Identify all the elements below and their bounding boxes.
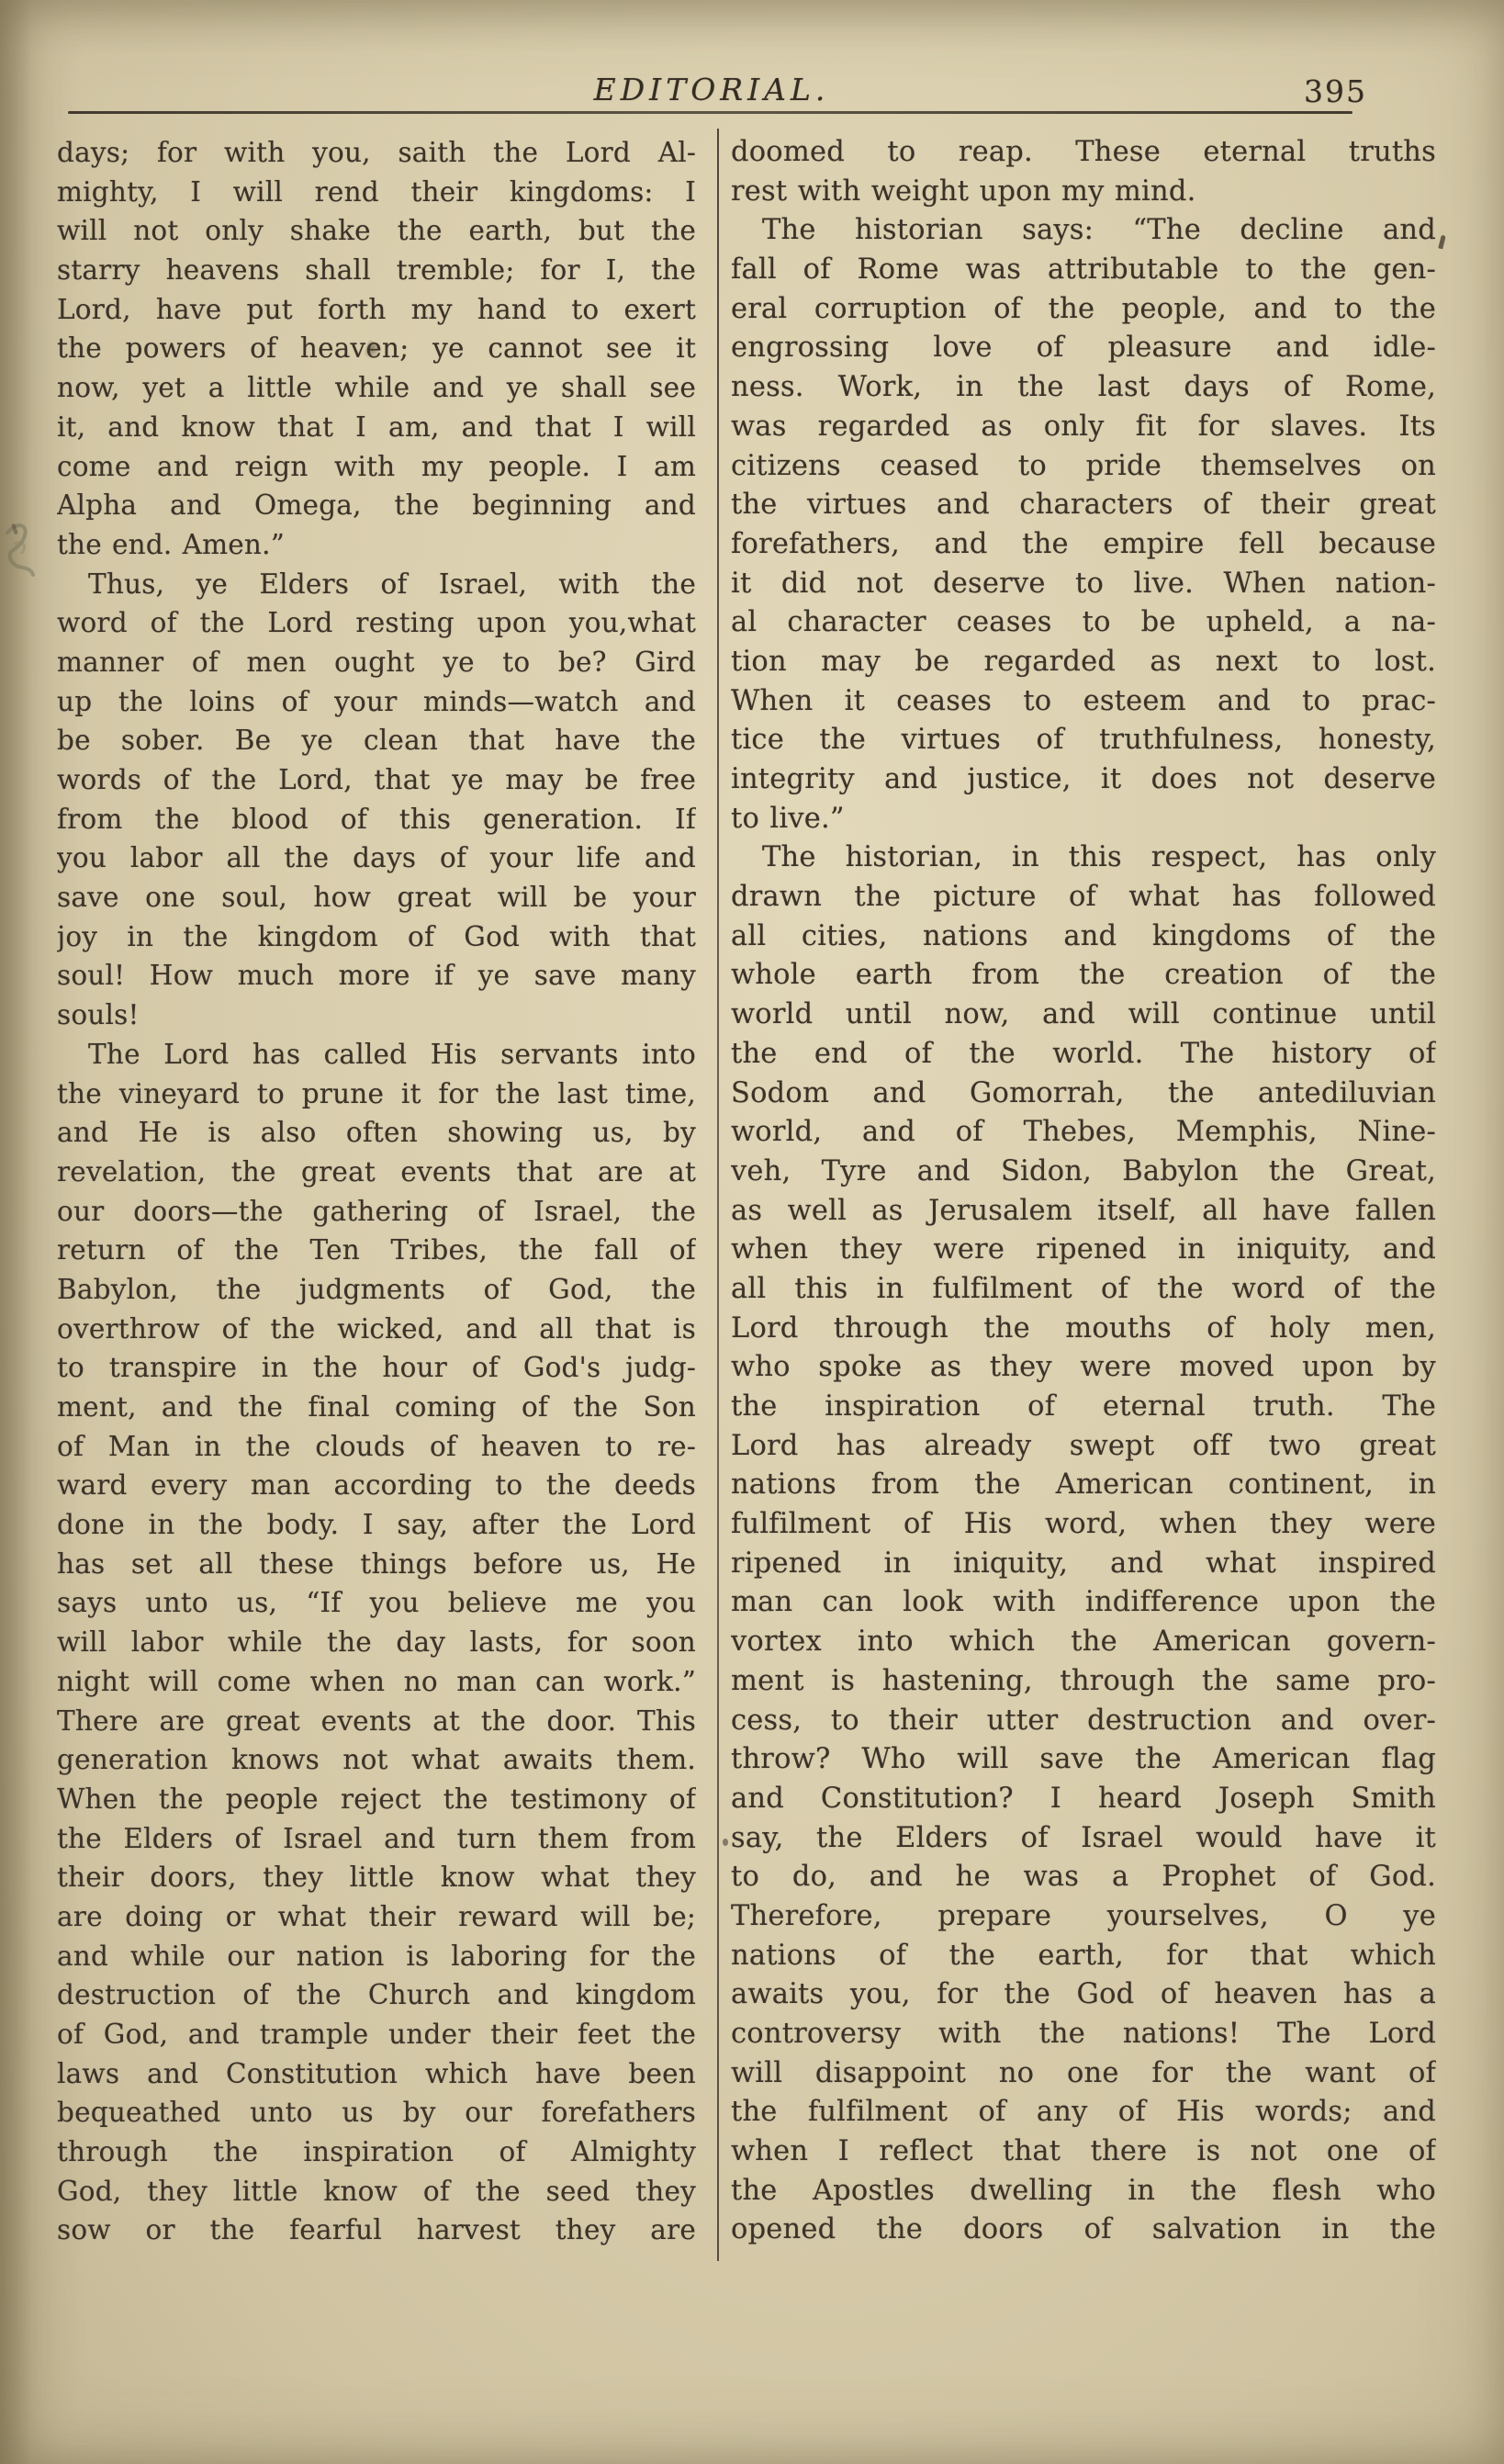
text-line: fulfilment of His word, when they were (731, 1505, 1436, 1545)
text-line: and Constitution? I heard Joseph Smith (731, 1780, 1436, 1819)
text-line: starry heavens shall tremble; for I, the (57, 251, 696, 290)
text-line: nations of the earth, for that which (731, 1937, 1436, 1976)
text-line: will not only shake the earth, but the (57, 211, 696, 251)
text-line: Lord has already swept off two great (731, 1427, 1436, 1467)
text-line: souls! (57, 996, 696, 1035)
text-line: world, and of Thebes, Memphis, Nine- (731, 1113, 1436, 1153)
text-line: citizens ceased to pride themselves on (731, 447, 1436, 487)
text-line: the end. Amen.” (57, 525, 696, 565)
text-line: Lord, have put forth my hand to exert (57, 290, 696, 330)
text-line: ment is hastening, through the same pro- (731, 1662, 1436, 1702)
text-line: Lord through the mouths of holy men, (731, 1310, 1436, 1349)
text-line: man can look with indifference upon the (731, 1583, 1436, 1623)
text-line: generation knows not what awaits them. (57, 1740, 696, 1780)
text-line: nations from the American continent, in (731, 1466, 1436, 1505)
text-line: of Man in the clouds of heaven to re- (57, 1427, 696, 1467)
text-line: opened the doors of salvation in the (731, 2211, 1436, 2250)
column-divider-rule (717, 129, 719, 2261)
text-line: ness. Work, in the last days of Rome, (731, 368, 1436, 408)
text-line: joy in the kingdom of God with that (57, 917, 696, 957)
text-line: Therefore, prepare yourselves, O ye (731, 1897, 1436, 1937)
text-line: and He is also often showing us, by (57, 1113, 696, 1153)
text-line: to do, and he was a Prophet of God. (731, 1858, 1436, 1897)
text-line: vortex into which the American govern- (731, 1623, 1436, 1662)
text-line: it did not deserve to live. When nation- (731, 565, 1436, 604)
text-line: Sodom and Gomorrah, the antediluvian (731, 1074, 1436, 1114)
text-line: forefathers, and the empire fell because (731, 525, 1436, 565)
text-line: was regarded as only fit for slaves. Its (731, 408, 1436, 447)
text-line: whole earth from the creation of the (731, 956, 1436, 996)
text-line: as well as Jerusalem itself, all have fa… (731, 1192, 1436, 1232)
text-line: awaits you, for the God of heaven has a (731, 1975, 1436, 2015)
text-line: tice the virtues of truthfulness, honest… (731, 721, 1436, 760)
text-line: now, yet a little while and ye shall see (57, 368, 696, 408)
text-line: word of the Lord resting upon you,what (57, 603, 696, 643)
text-line: all cities, nations and kingdoms of the (731, 917, 1436, 957)
text-line: cess, to their utter destruction and ove… (731, 1702, 1436, 1741)
text-line: will disappoint no one for the want of (731, 2054, 1436, 2094)
text-line: says unto us, “If you believe me you (57, 1583, 696, 1623)
text-line: are doing or what their reward will be; (57, 1897, 696, 1937)
text-line: al character ceases to be upheld, a na- (731, 603, 1436, 643)
text-line: There are great events at the door. This (57, 1702, 696, 1741)
text-line: to live.” (731, 800, 1436, 839)
text-line: rest with weight upon my mind. (731, 173, 1436, 212)
text-line: soul! How much more if ye save many (57, 956, 696, 996)
text-line: the fulfilment of any of His words; and (731, 2093, 1436, 2132)
header-rule (68, 111, 1352, 114)
text-line: has set all these things before us, He (57, 1545, 696, 1584)
right-text-column: doomed to reap. These eternal truthsrest… (731, 133, 1436, 2250)
text-line: the virtues and characters of their grea… (731, 486, 1436, 525)
text-line: save one soul, how great will be your (57, 878, 696, 917)
scanned-book-page: EDITORIAL. 395 days; for with you, saith… (0, 0, 1504, 2464)
text-line: their doors, they little know what they (57, 1858, 696, 1897)
text-line: destruction of the Church and kingdom (57, 1975, 696, 2015)
text-line: it, and know that I am, and that I will (57, 408, 696, 447)
text-line: Alpha and Omega, the beginning and (57, 486, 696, 525)
text-line: integrity and justice, it does not deser… (731, 760, 1436, 800)
text-line: God, they little know of the seed they (57, 2172, 696, 2211)
text-line: up the loins of your minds—watch and (57, 682, 696, 722)
text-line: doomed to reap. These eternal truths (731, 133, 1436, 173)
text-line: mighty, I will rend their kingdoms: I (57, 173, 696, 212)
text-line: the Elders of Israel and turn them from (57, 1819, 696, 1859)
text-line: drawn the picture of what has followed (731, 878, 1436, 917)
text-line: when they were ripened in iniquity, and (731, 1231, 1436, 1270)
text-line: come and reign with my people. I am (57, 447, 696, 487)
text-line: through the inspiration of Almighty (57, 2132, 696, 2172)
text-line: all this in fulfilment of the word of th… (731, 1270, 1436, 1310)
text-line: who spoke as they were moved upon by (731, 1348, 1436, 1388)
text-line: fall of Rome was attributable to the gen… (731, 251, 1436, 290)
text-line: revelation, the great events that are at (57, 1153, 696, 1192)
text-line: ripened in iniquity, and what inspired (731, 1545, 1436, 1584)
text-line: world until now, and will continue until (731, 996, 1436, 1035)
text-line: ward every man according to the deeds (57, 1466, 696, 1505)
text-line: controversy with the nations! The Lord (731, 2015, 1436, 2054)
text-line: the inspiration of eternal truth. The (731, 1388, 1436, 1427)
text-line: When the people reject the testimony of (57, 1780, 696, 1819)
text-line: engrossing love of pleasure and idle- (731, 329, 1436, 368)
text-line: will labor while the day lasts, for soon (57, 1623, 696, 1662)
text-line: be sober. Be ye clean that have the (57, 721, 696, 760)
text-line: overthrow of the wicked, and all that is (57, 1310, 696, 1349)
text-line: Thus, ye Elders of Israel, with the (57, 565, 696, 604)
text-line: of God, and trample under their feet the (57, 2015, 696, 2054)
text-line: return of the Ten Tribes, the fall of (57, 1231, 696, 1270)
text-line: manner of men ought ye to be? Gird (57, 643, 696, 682)
page-number: 395 (1304, 73, 1377, 109)
text-line: our doors—the gathering of Israel, the (57, 1192, 696, 1232)
text-line: the end of the world. The history of (731, 1035, 1436, 1074)
text-line: the vineyard to prune it for the last ti… (57, 1074, 696, 1114)
text-line: to transpire in the hour of God's judg- (57, 1348, 696, 1388)
gutter-ink-dot (723, 1839, 728, 1846)
text-line: bequeathed unto us by our forefathers (57, 2093, 696, 2132)
text-line: when I reflect that there is not one of (731, 2132, 1436, 2172)
text-line: done in the body. I say, after the Lord (57, 1505, 696, 1545)
stray-ink-tick (1438, 235, 1445, 250)
text-line: veh, Tyre and Sidon, Babylon the Great, (731, 1153, 1436, 1192)
text-line: and while our nation is laboring for the (57, 1937, 696, 1976)
text-line: sow or the fearful harvest they are (57, 2211, 696, 2250)
text-line: Babylon, the judgments of God, the (57, 1270, 696, 1310)
text-line: say, the Elders of Israel would have it (731, 1819, 1436, 1859)
text-line: ment, and the final coming of the Son (57, 1388, 696, 1427)
text-line: night will come when no man can work.” (57, 1662, 696, 1702)
text-line: The historian, in this respect, has only (731, 838, 1436, 878)
text-line: from the blood of this generation. If (57, 800, 696, 839)
text-line: The Lord has called His servants into (57, 1035, 696, 1074)
text-line: eral corruption of the people, and to th… (731, 290, 1436, 330)
text-line: tion may be regarded as next to lost. (731, 643, 1436, 682)
margin-pen-mark (2, 507, 40, 590)
text-line: you labor all the days of your life and (57, 838, 696, 878)
text-line: The historian says: “The decline and (731, 211, 1436, 251)
text-line: When it ceases to esteem and to prac- (731, 682, 1436, 722)
text-line: days; for with you, saith the Lord Al- (57, 133, 696, 173)
page-title: EDITORIAL. (69, 72, 1354, 107)
text-line: words of the Lord, that ye may be free (57, 760, 696, 800)
text-line: the Apostles dwelling in the flesh who (731, 2172, 1436, 2211)
left-text-column: days; for with you, saith the Lord Al-mi… (57, 133, 696, 2250)
text-line: throw? Who will save the American flag (731, 1740, 1436, 1780)
text-line: laws and Constitution which have been (57, 2054, 696, 2094)
